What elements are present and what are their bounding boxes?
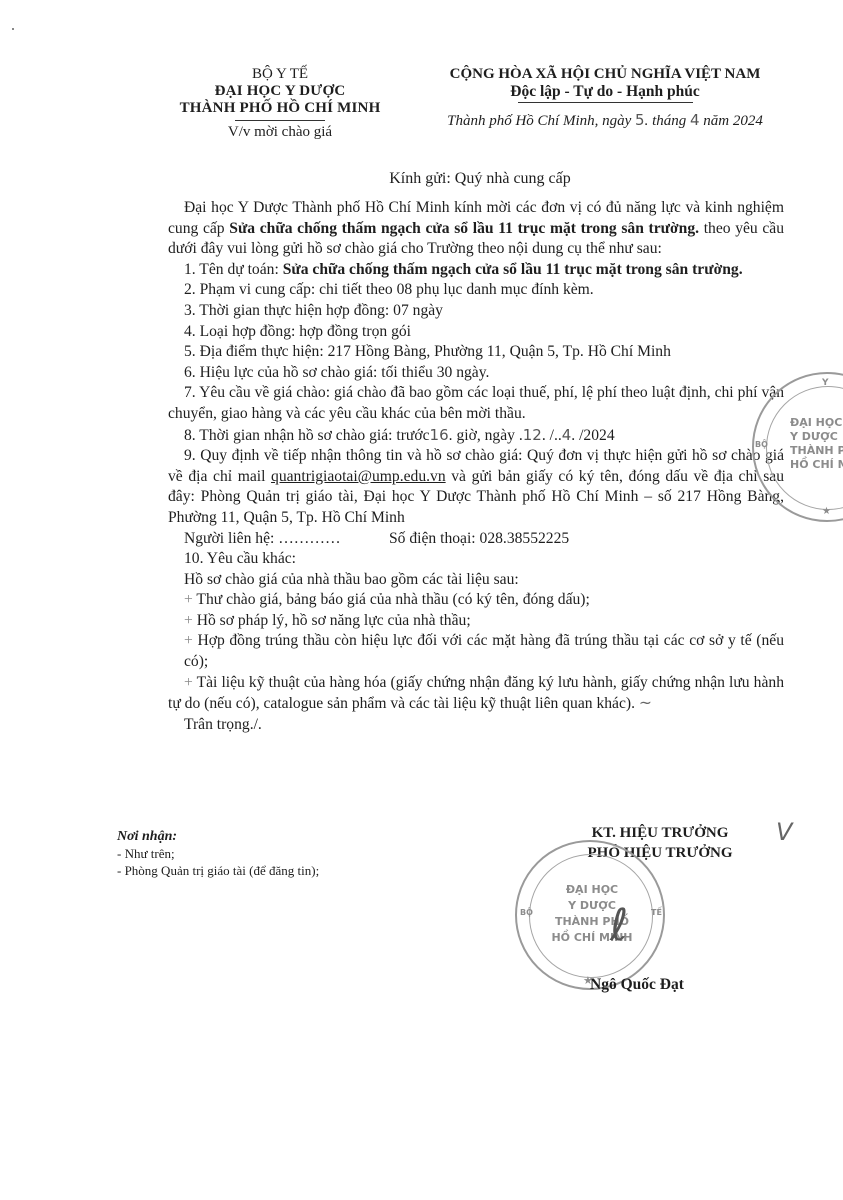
closing: Trân trọng./. (168, 715, 784, 736)
item-7: 7. Yêu cầu về giá chào: giá chào đã bao … (168, 383, 784, 424)
national-header: CỘNG HÒA XÃ HỘI CHỦ NGHĨA VIỆT NAM Độc l… (405, 66, 805, 130)
seal-text: ĐẠI HỌC Y DƯỢC THÀNH PHỐ HỒ CHÍ MINH (790, 416, 843, 472)
initial-check-icon: V (776, 818, 792, 846)
doc-requirement-text: Hồ sơ pháp lý, hồ sơ năng lực của nhà th… (197, 612, 471, 629)
item-8-label: 8. Thời gian nhận hồ sơ chào giá: trước (184, 427, 430, 444)
doc-requirement: + Hồ sơ pháp lý, hồ sơ năng lực của nhà … (168, 611, 784, 632)
month-label: . tháng (645, 113, 687, 129)
item-8-sep: . /.. (542, 427, 562, 444)
doc-requirement-text: Hợp đồng trúng thầu còn hiệu lực đối với… (184, 632, 784, 670)
nation-title: CỘNG HÒA XÃ HỘI CHỦ NGHĨA VIỆT NAM (405, 66, 805, 83)
recipient-item: - Như trên; (117, 845, 319, 862)
star-icon: ★ (822, 506, 831, 517)
motto-underline (518, 102, 693, 103)
item-6: 6. Hiệu lực của hồ sơ chào giá: tối thiể… (168, 363, 784, 384)
doc-requirement: + Tài liệu kỹ thuật của hàng hóa (giấy c… (168, 673, 784, 715)
recipients-title: Nơi nhận: (117, 828, 319, 845)
seal-top-text: Y (822, 378, 829, 388)
doc-requirement-text: Tài liệu kỹ thuật của hàng hóa (giấy chứ… (168, 674, 784, 713)
greeting: Kính gửi: Quý nhà cung cấp (160, 170, 800, 188)
seal-right-text: TẾ (651, 908, 662, 917)
item-8-mid: . giờ, ngày . (449, 427, 523, 444)
contact-phone: Số điện thoại: 028.38552225 (389, 529, 569, 550)
handwritten-month-deadline: 4 (562, 426, 572, 444)
seal-line: THÀNH PHỐ (790, 444, 843, 458)
plus-bullet-icon: + (184, 674, 197, 691)
date-prefix: Thành phố Hồ Chí Minh, ngày (447, 113, 631, 129)
document-subject: V/v mời chào giá (140, 123, 420, 141)
university-name-line1: ĐẠI HỌC Y DƯỢC (140, 83, 420, 100)
item-2: 2. Phạm vi cung cấp: chi tiết theo 08 ph… (168, 280, 784, 301)
email-link[interactable]: quantrigiaotai@ump.edu.vn (271, 468, 446, 485)
plus-bullet-icon: + (184, 632, 197, 649)
seal-left-text: BỘ (520, 908, 533, 917)
seal-line: ĐẠI HỌC (547, 882, 637, 898)
initials-scribble-icon: ~ (639, 694, 652, 712)
handwritten-day-deadline: 12 (523, 426, 542, 444)
item-10-intro: Hồ sơ chào giá của nhà thầu bao gồm các … (168, 570, 784, 591)
ministry-name: BỘ Y TẾ (140, 66, 420, 83)
seal-stamp-bottom: ĐẠI HỌC Y DƯỢC THÀNH PHỐ HỒ CHÍ MINH BỘ … (515, 840, 665, 990)
contact-line: Người liên hệ: …………Số điện thoại: 028.38… (168, 529, 784, 550)
item-5: 5. Địa điểm thực hiện: 217 Hồng Bàng, Ph… (168, 342, 784, 363)
letter-body: Đại học Y Dược Thành phố Hồ Chí Minh kín… (168, 198, 784, 735)
seal-left-text: BỘ (755, 440, 768, 449)
item-8: 8. Thời gian nhận hồ sơ chào giá: trước1… (168, 425, 784, 447)
item-3: 3. Thời gian thực hiện hợp đồng: 07 ngày (168, 301, 784, 322)
contact-person: Người liên hệ: ………… (184, 529, 389, 550)
scan-speck (12, 28, 14, 30)
item-8-year: . /2024 (571, 427, 614, 444)
doc-requirement: + Hợp đồng trúng thầu còn hiệu lực đối v… (168, 631, 784, 672)
item-4: 4. Loại hợp đồng: hợp đồng trọn gói (168, 322, 784, 343)
university-name-line2: THÀNH PHỐ HỒ CHÍ MINH (140, 100, 420, 117)
intro-paragraph: Đại học Y Dược Thành phố Hồ Chí Minh kín… (168, 198, 784, 260)
doc-requirement-text: Thư chào giá, bảng báo giá của nhà thầu … (196, 591, 589, 608)
item-1-value: Sửa chữa chống thấm ngạch cửa sổ lầu 11 … (283, 261, 743, 278)
signer-title-1: KT. HIỆU TRƯỞNG (540, 823, 780, 843)
plus-bullet-icon: + (184, 591, 196, 608)
item-1: 1. Tên dự toán: Sửa chữa chống thấm ngạc… (168, 260, 784, 281)
recipient-item: - Phòng Quản trị giáo tài (để đăng tin); (117, 862, 319, 879)
recipients-block: Nơi nhận: - Như trên; - Phòng Quản trị g… (117, 828, 319, 879)
national-motto: Độc lập - Tự do - Hạnh phúc (405, 83, 805, 101)
place-date: Thành phố Hồ Chí Minh, ngày 5. tháng 4 n… (405, 111, 805, 130)
header-divider (235, 120, 325, 121)
item-9: 9. Quy định về tiếp nhận thông tin và hồ… (168, 446, 784, 528)
seal-line: HỒ CHÍ MINH (790, 458, 843, 472)
handwritten-day: 5 (635, 111, 645, 129)
item-1-label: 1. Tên dự toán: (184, 261, 283, 278)
item-10: 10. Yêu cầu khác: (168, 549, 784, 570)
handwritten-signature-icon: ℓ (610, 900, 628, 951)
year-label: năm 2024 (703, 113, 763, 129)
signer-name: Ngô Quốc Đạt (590, 976, 684, 994)
seal-line: Y DƯỢC (790, 430, 843, 444)
seal-line: ĐẠI HỌC (790, 416, 843, 430)
doc-requirement: + Thư chào giá, bảng báo giá của nhà thầ… (168, 590, 784, 611)
plus-bullet-icon: + (184, 612, 197, 629)
issuer-block: BỘ Y TẾ ĐẠI HỌC Y DƯỢC THÀNH PHỐ HỒ CHÍ … (140, 66, 420, 141)
project-name: Sửa chữa chống thấm ngạch cửa sổ lầu 11 … (229, 220, 699, 237)
handwritten-hour: 16 (430, 426, 449, 444)
handwritten-month: 4 (690, 111, 700, 129)
